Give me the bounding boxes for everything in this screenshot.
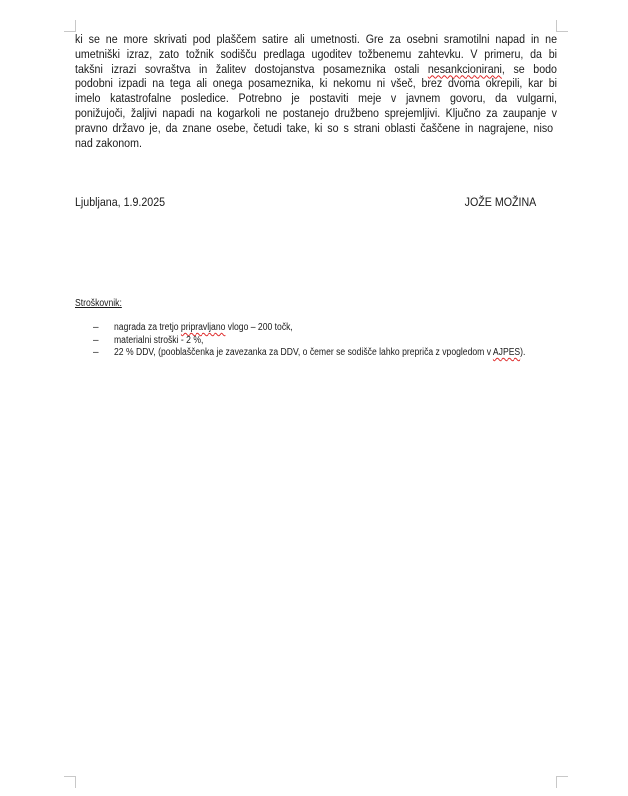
paragraph-line-text: ki se ne more skrivati pod plaščem satir… <box>75 32 557 47</box>
paragraph-line: imelo katastrofalne posledice. Potrebno … <box>75 91 557 106</box>
paragraph-line-text: imelo katastrofalne posledice. Potrebno … <box>75 91 557 106</box>
document-paragraph[interactable]: ki se ne more skrivati pod plaščem satir… <box>75 32 557 150</box>
paragraph-line-text: umetniški izraz, zato tožnik sodišču pre… <box>75 47 557 62</box>
paragraph-line-text: pravno državo je, da znane osebe, četudi… <box>75 121 553 136</box>
paragraph-line: podobni izpadi na tega ali onega posamez… <box>75 76 557 91</box>
costs-item-text: nagrada za tretjo pripravljano vlogo – 2… <box>114 322 293 335</box>
paragraph-line: pravno državo je, da znane osebe, četudi… <box>75 121 557 136</box>
costs-heading: Stroškovnik: <box>75 297 122 310</box>
costs-item-text: 22 % DDV, (pooblaščenka je zavezanka za … <box>114 347 525 360</box>
spellcheck-error[interactable]: pripravljano <box>181 322 225 333</box>
signer-name: JOŽE MOŽINA <box>464 194 536 210</box>
paragraph-line-text: podobni izpadi na tega ali onega posamez… <box>75 76 557 91</box>
place-and-date: Ljubljana, 1.9.2025 <box>75 194 165 210</box>
spellcheck-error[interactable]: AJPES <box>493 347 520 358</box>
page-corner-mark-top-left <box>64 20 76 32</box>
dash-bullet-icon: – <box>93 322 99 335</box>
dash-bullet-icon: – <box>93 335 99 348</box>
page-corner-mark-bottom-right <box>556 776 568 788</box>
paragraph-line: takšni izrazi sovraštva in žalitev dosto… <box>75 62 557 77</box>
paragraph-line: ponižujoči, žaljivi napadi na kogarkoli … <box>75 106 557 121</box>
paragraph-line: nad zakonom. <box>75 136 557 151</box>
page-corner-mark-top-right <box>556 20 568 32</box>
paragraph-line-text: takšni izrazi sovraštva in žalitev dosto… <box>75 62 557 77</box>
paragraph-line-text: ponižujoči, žaljivi napadi na kogarkoli … <box>75 106 557 121</box>
dash-bullet-icon: – <box>93 347 99 360</box>
paragraph-line: umetniški izraz, zato tožnik sodišču pre… <box>75 47 557 62</box>
paragraph-line-text: nad zakonom. <box>75 136 142 151</box>
page-corner-mark-bottom-left <box>64 776 76 788</box>
paragraph-line: ki se ne more skrivati pod plaščem satir… <box>75 32 557 47</box>
signature-row: Ljubljana, 1.9.2025 JOŽE MOŽINA <box>75 194 536 210</box>
costs-item-text: materialni stroški - 2 %, <box>114 335 203 348</box>
spellcheck-error[interactable]: nesankcionirani <box>428 62 502 76</box>
